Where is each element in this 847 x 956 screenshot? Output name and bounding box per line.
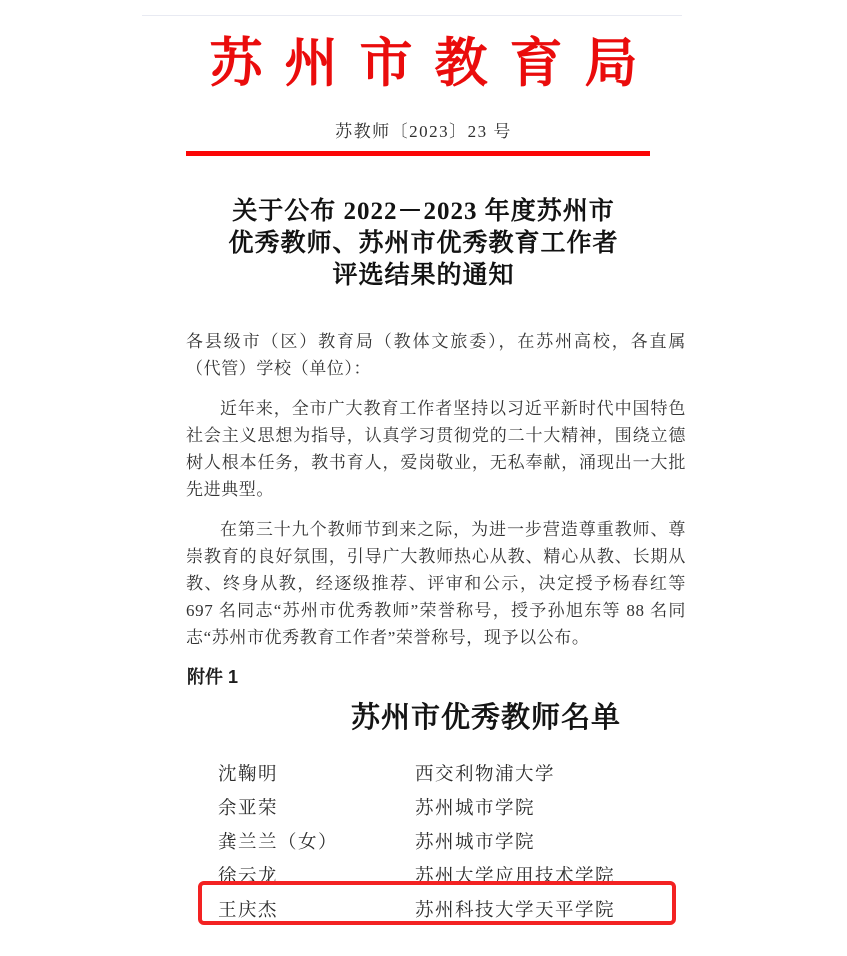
teacher-row: 余亚荣 苏州城市学院 xyxy=(218,792,686,826)
notice-title-line-1: 关于公布 2022－2023 年度苏州市 xyxy=(0,196,847,228)
teacher-name: 余亚荣 xyxy=(218,792,415,826)
teacher-name: 沈鞠明 xyxy=(218,758,415,792)
teacher-institution: 西交利物浦大学 xyxy=(415,758,686,792)
notice-title-line-2: 优秀教师、苏州市优秀教育工作者 xyxy=(0,228,847,260)
red-divider-line xyxy=(186,151,650,156)
teacher-institution: 苏州城市学院 xyxy=(415,792,686,826)
teacher-list: 沈鞠明 西交利物浦大学 余亚荣 苏州城市学院 龚兰兰（女） 苏州城市学院 徐云龙… xyxy=(218,758,686,928)
teacher-institution: 苏州大学应用技术学院 xyxy=(415,860,686,894)
teacher-name: 徐云龙 xyxy=(218,860,415,894)
teacher-name: 龚兰兰（女） xyxy=(218,826,415,860)
notice-title-line-3: 评选结果的通知 xyxy=(0,260,847,292)
teacher-row: 沈鞠明 西交利物浦大学 xyxy=(218,758,686,792)
body-paragraph-1: 近年来，全市广大教育工作者坚持以习近平新时代中国特色社会主义思想为指导，认真学习… xyxy=(186,395,686,503)
teacher-row: 王庆杰 苏州科技大学天平学院 xyxy=(218,894,686,928)
teacher-institution: 苏州城市学院 xyxy=(415,826,686,860)
teacher-institution: 苏州科技大学天平学院 xyxy=(415,894,686,928)
teacher-name: 王庆杰 xyxy=(218,894,415,928)
notice-title: 关于公布 2022－2023 年度苏州市 优秀教师、苏州市优秀教育工作者 评选结… xyxy=(0,196,847,292)
agency-title: 苏州市教育局 xyxy=(0,0,847,92)
page-top-divider xyxy=(142,15,682,16)
list-title: 苏州市优秀教师名单 xyxy=(236,700,736,736)
doc-number: 苏教师〔2023〕23 号 xyxy=(0,122,847,142)
notice-body: 各县级市（区）教育局（教体文旅委），在苏州高校，各直属（代管）学校（单位）： 近… xyxy=(186,328,686,651)
teacher-row: 龚兰兰（女） 苏州城市学院 xyxy=(218,826,686,860)
attachment-label: 附件 1 xyxy=(187,665,847,690)
body-paragraph-2: 在第三十九个教师节到来之际，为进一步营造尊重教师、尊崇教育的良好氛围，引导广大教… xyxy=(186,516,686,651)
teacher-row: 徐云龙 苏州大学应用技术学院 xyxy=(218,860,686,894)
salutation: 各县级市（区）教育局（教体文旅委），在苏州高校，各直属（代管）学校（单位）： xyxy=(186,328,686,382)
document-page: 苏州市教育局 苏教师〔2023〕23 号 关于公布 2022－2023 年度苏州… xyxy=(0,0,847,956)
